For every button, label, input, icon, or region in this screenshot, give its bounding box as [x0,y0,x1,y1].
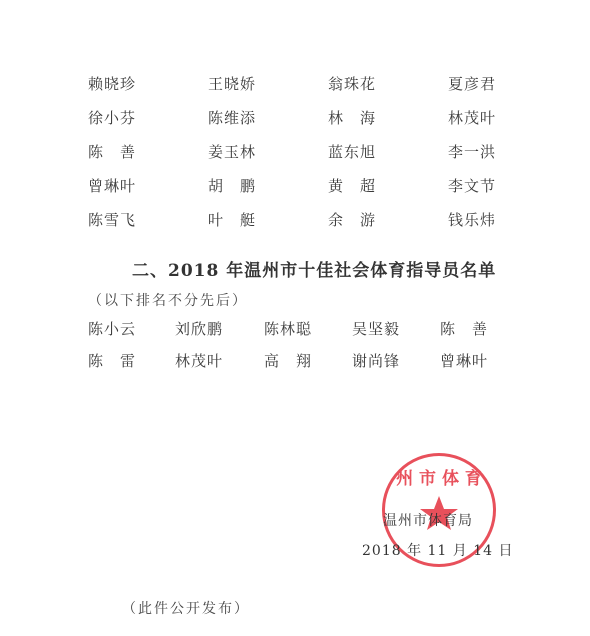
name-row: 曾琳叶 胡 鹏 黄 超 李文节 [88,168,508,202]
issue-date: 2018 年 11 月 14 日 [362,540,514,560]
name: 陈 雷 [88,350,136,371]
ordering-note: （以下排名不分先后） [88,290,248,310]
name: 高 翔 [264,350,312,371]
svg-text:州 市 体 育: 州 市 体 育 [396,468,482,489]
name: 姜玉林 [208,141,256,162]
name: 陈 善 [440,318,488,339]
name: 赖晓珍 [88,73,136,94]
name: 林 海 [328,107,376,128]
name: 林茂叶 [448,107,496,128]
name: 夏彦君 [448,73,496,94]
name: 陈林聪 [264,318,312,339]
name: 翁珠花 [328,73,376,94]
name-row: 徐小芬 陈维添 林 海 林茂叶 [88,100,508,134]
name: 刘欣鹏 [175,318,223,339]
name: 黄 超 [328,175,376,196]
name: 陈维添 [208,107,256,128]
name-list-continued: 赖晓珍 王晓娇 翁珠花 夏彦君 徐小芬 陈维添 林 海 林茂叶 陈 善 姜玉林 … [88,66,508,236]
name: 陈雪飞 [88,209,136,230]
name: 吴坚毅 [352,318,400,339]
name: 林茂叶 [175,350,223,371]
name: 叶 艇 [208,209,256,230]
name: 陈小云 [88,318,136,339]
section-heading: 二、2018 年温州市十佳社会体育指导员名单 [132,256,496,281]
name-row: 陈雪飞 叶 艇 余 游 钱乐炜 [88,202,508,236]
name-row: 赖晓珍 王晓娇 翁珠花 夏彦君 [88,66,508,100]
name-row: 陈 善 姜玉林 蓝东旭 李一洪 [88,134,508,168]
name: 陈 善 [88,141,136,162]
publication-note: （此件公开发布） [122,598,250,618]
name: 钱乐炜 [448,209,496,230]
name: 王晓娇 [208,73,256,94]
name: 李文节 [448,175,496,196]
name: 胡 鹏 [208,175,256,196]
name: 余 游 [328,209,376,230]
name: 徐小芬 [88,107,136,128]
name: 蓝东旭 [328,141,376,162]
name: 李一洪 [448,141,496,162]
name: 曾琳叶 [88,175,136,196]
issuing-organization: 温州市体育局 [383,510,473,530]
name: 曾琳叶 [440,350,488,371]
name: 谢尚锋 [352,350,400,371]
